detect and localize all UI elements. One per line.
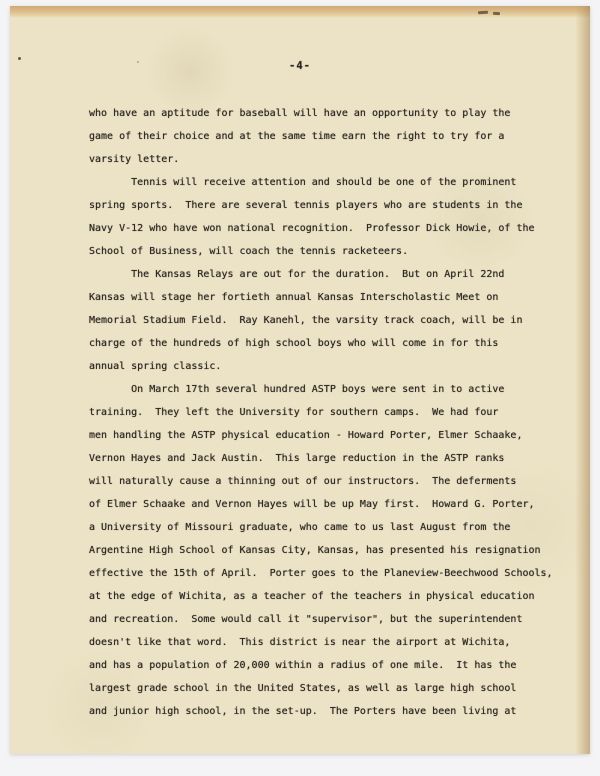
text-line: The Kansas Relays are out for the durati… [89,263,579,286]
edge-smudge [478,11,488,15]
text-line: at the edge of Wichita, as a teacher of … [89,585,579,608]
text-line: Navy V-12 who have won national recognit… [89,217,579,240]
edge-smudge [493,12,500,15]
text-line: spring sports. There are several tennis … [89,194,579,217]
typed-text-body: who have an aptitude for baseball will h… [89,102,579,723]
text-line: largest grade school in the United State… [89,677,579,700]
text-line: and has a population of 20,000 within a … [89,654,579,677]
text-line: Memorial Stadium Field. Ray Kanehl, the … [89,309,579,332]
text-line: who have an aptitude for baseball will h… [89,102,579,125]
scan-background: { "document": { "page_number": "-4-", "c… [0,0,600,776]
text-line: doesn't like that word. This district is… [89,631,579,654]
text-line: and junior high school, in the set-up. T… [89,700,579,723]
text-line: charge of the hundreds of high school bo… [89,332,579,355]
text-line: effective the 15th of April. Porter goes… [89,562,579,585]
text-line: varsity letter. [89,148,579,171]
text-line: and recreation. Some would call it "supe… [89,608,579,631]
text-line: Tennis will receive attention and should… [89,171,579,194]
text-line: Vernon Hayes and Jack Austin. This large… [89,447,579,470]
text-line: game of their choice and at the same tim… [89,125,579,148]
text-line: of Elmer Schaake and Vernon Hayes will b… [89,493,579,516]
page-number: -4- [10,60,590,72]
text-line: School of Business, will coach the tenni… [89,240,579,263]
text-line: men handling the ASTP physical education… [89,424,579,447]
text-line: Argentine High School of Kansas City, Ka… [89,539,579,562]
document-page: -4- who have an aptitude for baseball wi… [10,6,590,754]
text-line: training. They left the University for s… [89,401,579,424]
text-line: will naturally cause a thinning out of o… [89,470,579,493]
text-line: a University of Missouri graduate, who c… [89,516,579,539]
text-line: Kansas will stage her fortieth annual Ka… [89,286,579,309]
text-line: On March 17th several hundred ASTP boys … [89,378,579,401]
text-line: annual spring classic. [89,355,579,378]
paper-top-edge [10,6,590,18]
